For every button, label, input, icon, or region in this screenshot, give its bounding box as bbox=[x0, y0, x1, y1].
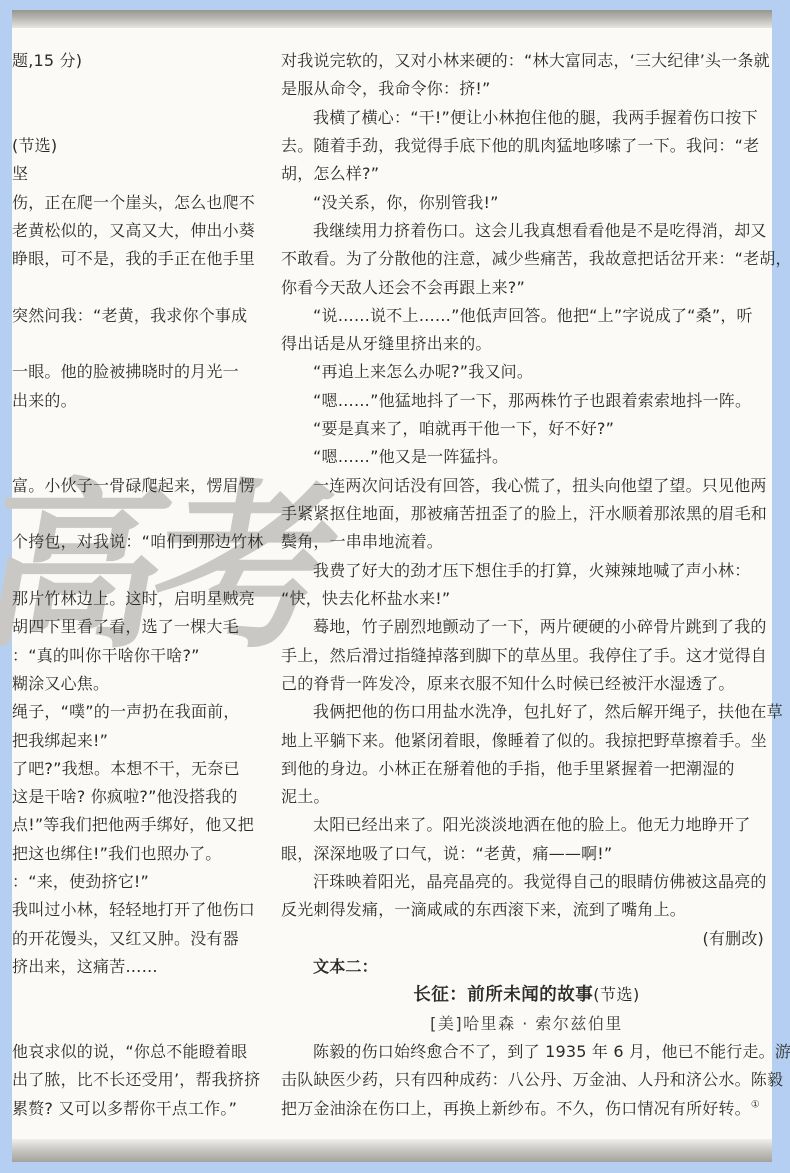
text-line: 他哀求似的说，“你总不能瞪着眼 bbox=[12, 1038, 269, 1066]
text-line: 汗珠映着阳光，晶亮晶亮的。我觉得自己的眼睛仿佛被这晶亮的 bbox=[281, 868, 772, 896]
text-line: 胡，怎么样?” bbox=[281, 160, 772, 188]
text-line: 对我说完软的，又对小林来硬的：“林大富同志，‘三大纪律’头一条就 bbox=[281, 47, 772, 75]
text-line: 挤出来，这痛苦…… bbox=[12, 953, 269, 981]
text-line: 我费了好大的劲才压下想住手的打算，火辣辣地喊了声小林： bbox=[281, 557, 772, 585]
text-line bbox=[12, 104, 269, 132]
text-line: 一眼。他的脸被拂晓时的月光一 bbox=[12, 358, 269, 386]
text-line: 到他的身边。小林正在掰着他的手指，他手里紧握着一把潮湿的 bbox=[281, 755, 772, 783]
text-line: “嗯……”他猛地抖了一下，那两株竹子也跟着索索地抖一阵。 bbox=[281, 387, 772, 415]
text-line: (节选) bbox=[12, 132, 269, 160]
text-line: 太阳已经出来了。阳光淡淡地洒在他的脸上。他无力地睁开了 bbox=[281, 811, 772, 839]
text-line: 地上平躺下来。他紧闭着眼，像睡着了似的。我掠把野草擦着手。坐 bbox=[281, 727, 772, 755]
text-line bbox=[12, 330, 269, 358]
text-line: 手紧紧抠住地面，那被痛苦扭歪了的脸上，汗水顺着那浓黑的眉毛和 bbox=[281, 500, 772, 528]
text-line: 手上，然后滑过指缝掉落到脚下的草丛里。我停住了手。这才觉得自 bbox=[281, 642, 772, 670]
text-line: 把这也绑住!”我们也照办了。 bbox=[12, 840, 269, 868]
text-line: 这是干啥? 你疯啦?”他没搭我的 bbox=[12, 783, 269, 811]
text-line bbox=[12, 500, 269, 528]
text-line: ：“来，使劲挤它!” bbox=[12, 868, 269, 896]
text-line: 那片竹林边上。这时，启明星贼亮 bbox=[12, 585, 269, 613]
text-line: 蓦地，竹子剧烈地颤动了一下，两片硬硬的小碎骨片跳到了我的 bbox=[281, 613, 772, 641]
text-line: 我俩把他的伤口用盐水洗净，包扎好了，然后解开绳子，扶他在草 bbox=[281, 698, 772, 726]
text-line: 长征：前所未闻的故事(节选) bbox=[281, 981, 772, 1009]
text-line: 我继续用力挤着伤口。这会儿我真想看看他是不是吃得消，却又 bbox=[281, 217, 772, 245]
text-line bbox=[12, 981, 269, 1009]
page-top-shadow bbox=[12, 10, 772, 28]
text-line bbox=[12, 1010, 269, 1038]
text-line: 把万金油涂在伤口上，再换上新纱布。不久，伤口情况有所好转。① bbox=[281, 1095, 772, 1123]
text-line: 陈毅的伤口始终愈合不了，到了 1935 年 6 月，他已不能行走。游 bbox=[281, 1038, 772, 1066]
text-line: “嗯……”他又是一阵猛抖。 bbox=[281, 443, 772, 471]
text-line bbox=[12, 557, 269, 585]
text-line: 我横了横心：“干!”便让小林抱住他的腿，我两手握着伤口按下 bbox=[281, 104, 772, 132]
text-line: 击队缺医少药，只有四种成药：八公丹、万金油、人丹和济公水。陈毅 bbox=[281, 1066, 772, 1094]
text-line: 己的脊背一阵发冷，原来衣服不知什么时候已经被汗水湿透了。 bbox=[281, 670, 772, 698]
text-line: “要是真来了，咱就再干他一下，好不好?” bbox=[281, 415, 772, 443]
left-column: 题,15 分) (节选)坚伤，正在爬一个崖头，怎么也爬不老黄松似的，又高又大，伸… bbox=[12, 47, 269, 1123]
text-line: 题,15 分) bbox=[12, 47, 269, 75]
text-line: 出了脓，比不长还受用’，帮我挤挤 bbox=[12, 1066, 269, 1094]
text-line: 是服从命令，我命令你：挤!” bbox=[281, 75, 772, 103]
text-line: [美]哈里森 · 索尔兹伯里 bbox=[281, 1010, 772, 1038]
text-line: 了吧?”我想。本想不干，无奈已 bbox=[12, 755, 269, 783]
text-line: 点!”等我们把他两手绑好，他又把 bbox=[12, 811, 269, 839]
text-line: “没关系，你，你别管我!” bbox=[281, 189, 772, 217]
text-line: 去。随着手劲，我觉得手底下他的肌肉猛地哆嗦了一下。我问：“老 bbox=[281, 132, 772, 160]
text-line: 糊涂又心焦。 bbox=[12, 670, 269, 698]
text-line: 伤，正在爬一个崖头，怎么也爬不 bbox=[12, 189, 269, 217]
text-line bbox=[12, 274, 269, 302]
text-line: 睁眼，可不是，我的手正在他手里 bbox=[12, 245, 269, 273]
text-line: 累赘? 又可以多帮你干点工作。” bbox=[12, 1095, 269, 1123]
text-line: 一连两次问话没有回答，我心慌了，扭头向他望了望。只见他两 bbox=[281, 472, 772, 500]
text-line: 不敢看。为了分散他的注意，减少些痛苦，我故意把话岔开来：“老胡， bbox=[281, 245, 772, 273]
text-line: “再追上来怎么办呢?”我又问。 bbox=[281, 358, 772, 386]
text-line: 反光刺得发痛，一滴咸咸的东西滚下来，流到了嘴角上。 bbox=[281, 896, 772, 924]
text-line: 胡四下里看了看，选了一棵大毛 bbox=[12, 613, 269, 641]
footnote-marker: ① bbox=[751, 1099, 760, 1110]
text-line: “快，快去化杯盐水来!” bbox=[281, 585, 772, 613]
text-line: ：“真的叫你干啥你干啥?” bbox=[12, 642, 269, 670]
text-line: 个挎包，对我说：“咱们到那边竹林 bbox=[12, 528, 269, 556]
text-line: 富。小伙子一骨碌爬起来，愣眉愣 bbox=[12, 472, 269, 500]
text-line: 把我绑起来!” bbox=[12, 727, 269, 755]
right-column: 对我说完软的，又对小林来硬的：“林大富同志，‘三大纪律’头一条就是服从命令，我命… bbox=[281, 47, 772, 1123]
text-line: 出来的。 bbox=[12, 387, 269, 415]
text-line: 泥土。 bbox=[281, 783, 772, 811]
text-line bbox=[12, 415, 269, 443]
text-line: 坚 bbox=[12, 160, 269, 188]
text-line: (有删改) bbox=[281, 925, 772, 953]
text-line: 突然问我：“老黄，我求你个事成 bbox=[12, 302, 269, 330]
text-line: 你看今天敌人还会不会再跟上来?” bbox=[281, 274, 772, 302]
text-line: 鬓角，一串串地流着。 bbox=[281, 528, 772, 556]
text-line: 得出话是从牙缝里挤出来的。 bbox=[281, 330, 772, 358]
text-line: “说……说不上……”他低声回答。他把“上”字说成了“桑”，听 bbox=[281, 302, 772, 330]
text-line: 眼，深深地吸了口气，说：“老黄，痛——啊!” bbox=[281, 840, 772, 868]
text-line: 的开花馒头，又红又肿。没有器 bbox=[12, 925, 269, 953]
text-line bbox=[12, 75, 269, 103]
text-line: 文本二： bbox=[281, 953, 772, 981]
text-line: 我叫过小林，轻轻地打开了他伤口 bbox=[12, 896, 269, 924]
text-line bbox=[12, 443, 269, 471]
page-bottom-shadow bbox=[12, 1139, 772, 1162]
text-line: 老黄松似的，又高又大，伸出小葵 bbox=[12, 217, 269, 245]
text-line: 绳子，“噗”的一声扔在我面前， bbox=[12, 698, 269, 726]
